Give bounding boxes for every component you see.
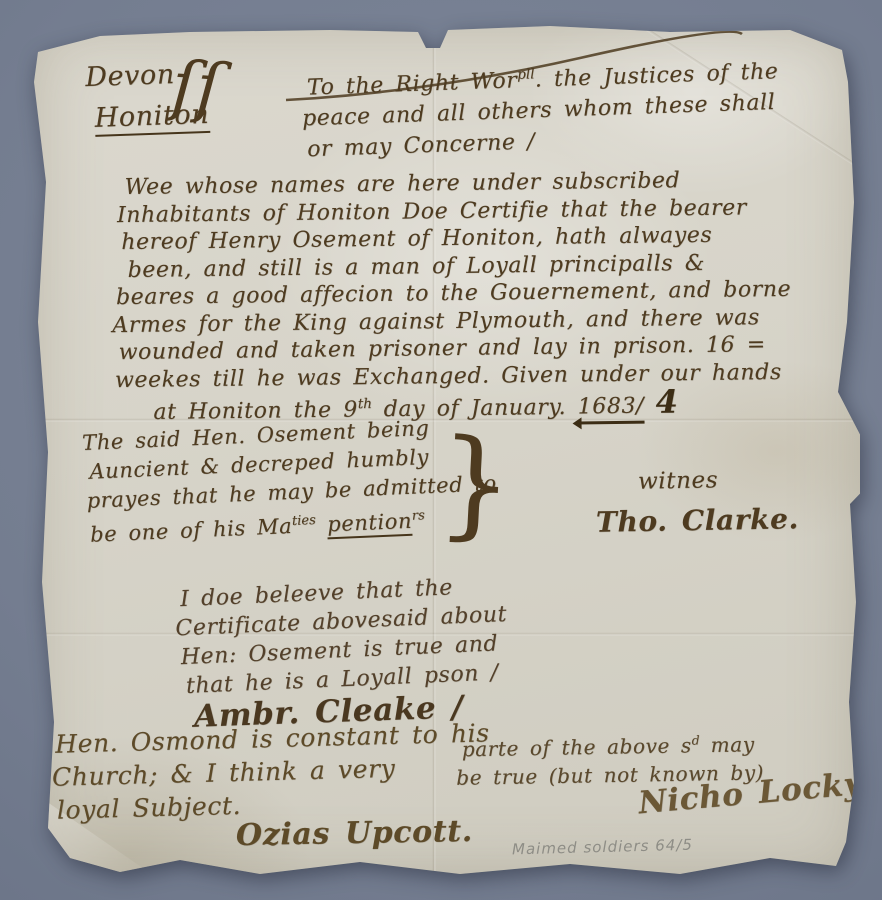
witness-signature: Tho. Clarke. — [596, 502, 799, 539]
opinion-block: Hen. Osmond is constant to his Church; &… — [55, 716, 492, 826]
said-superscript: d — [692, 732, 700, 747]
date-superscript: th — [358, 396, 372, 412]
pension-word-underlined: pention — [327, 509, 413, 540]
salutation-block: To the Right Worpll. the Justices of the… — [307, 58, 781, 163]
manuscript-paper-wrap: Devon Honiton ſſ To the Right Worpll. th… — [30, 22, 860, 880]
pensioners-superscript: rs — [412, 508, 426, 524]
archival-pencil-note: Maimed soldiers 64/5 — [512, 836, 693, 859]
salutation-superscript: pll — [517, 66, 535, 83]
date-year-underlined: 1683/ — [578, 394, 645, 425]
certificate-body: Wee whose names are here under subscribe… — [110, 166, 792, 427]
attestation-block: I doe beleeve that the Certificate above… — [180, 571, 511, 701]
petition-brace-icon: } — [434, 412, 516, 554]
majesties-superscript: ties — [292, 513, 316, 529]
date-flourish: 4 — [655, 383, 678, 421]
manuscript-paper: Devon Honiton ſſ To the Right Worpll. th… — [30, 22, 860, 880]
opinion-signature: Ozias Upcott. — [236, 814, 473, 853]
witness-label: witnes — [638, 467, 719, 494]
photo-backdrop: Devon Honiton ſſ To the Right Worpll. th… — [0, 0, 882, 900]
caveat-line-1: parte of the above sd may — [461, 725, 763, 763]
ss-brace-icon: ſſ — [169, 46, 223, 126]
